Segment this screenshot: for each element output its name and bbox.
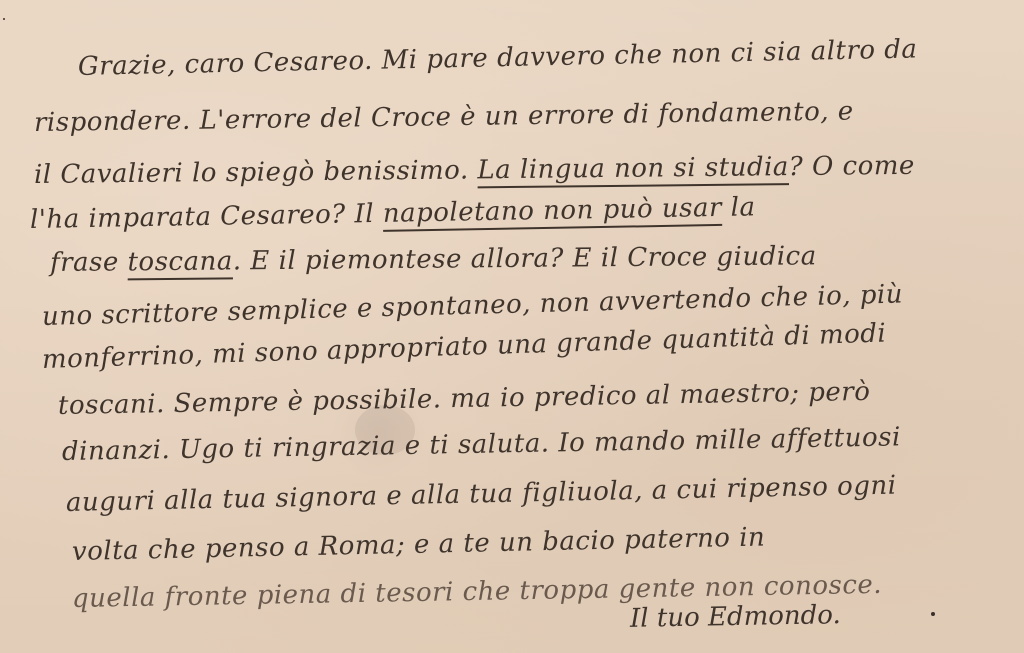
letter-line-4-pre: l'ha imparata Cesareo? Il: [30, 199, 383, 235]
letter-line-3: il Cavalieri lo spiegò benissimo. La lin…: [34, 151, 915, 190]
handwritten-letter: Grazie, caro Cesareo. Mi pare davvero ch…: [0, 0, 1024, 653]
underlined-phrase: La lingua non si studia: [477, 152, 789, 185]
letter-line-5: frase toscana. E il piemontese allora? E…: [50, 241, 817, 278]
letter-line-8: toscani. Sempre è possibile. ma io predi…: [58, 377, 871, 421]
letter-line-10: auguri alla tua signora e alla tua figli…: [66, 471, 897, 518]
letter-line-9: dinanzi. Ugo ti ringrazia e ti saluta. I…: [62, 422, 901, 467]
letter-line-3-pre: il Cavalieri lo spiegò benissimo.: [34, 155, 478, 190]
underlined-phrase: toscana: [127, 246, 233, 277]
underlined-phrase: napoletano non può usar: [383, 193, 723, 229]
letter-paper: Grazie, caro Cesareo. Mi pare davvero ch…: [0, 0, 1024, 653]
letter-line-3-post: ? O come: [789, 151, 915, 182]
letter-line-11: volta che penso a Roma; e a te un bacio …: [72, 522, 766, 567]
letter-line-2: rispondere. L'errore del Croce è un erro…: [34, 97, 854, 138]
letter-line-5-pre: frase: [50, 247, 128, 278]
letter-line-4-post: la: [722, 192, 756, 223]
letter-signature: Il tuo Edmondo.: [630, 600, 841, 634]
letter-line-1: Grazie, caro Cesareo. Mi pare davvero ch…: [78, 34, 918, 82]
letter-line-5-post: . E il piemontese allora? E il Croce giu…: [233, 241, 817, 276]
letter-line-4: l'ha imparata Cesareo? Il napoletano non…: [30, 192, 756, 235]
